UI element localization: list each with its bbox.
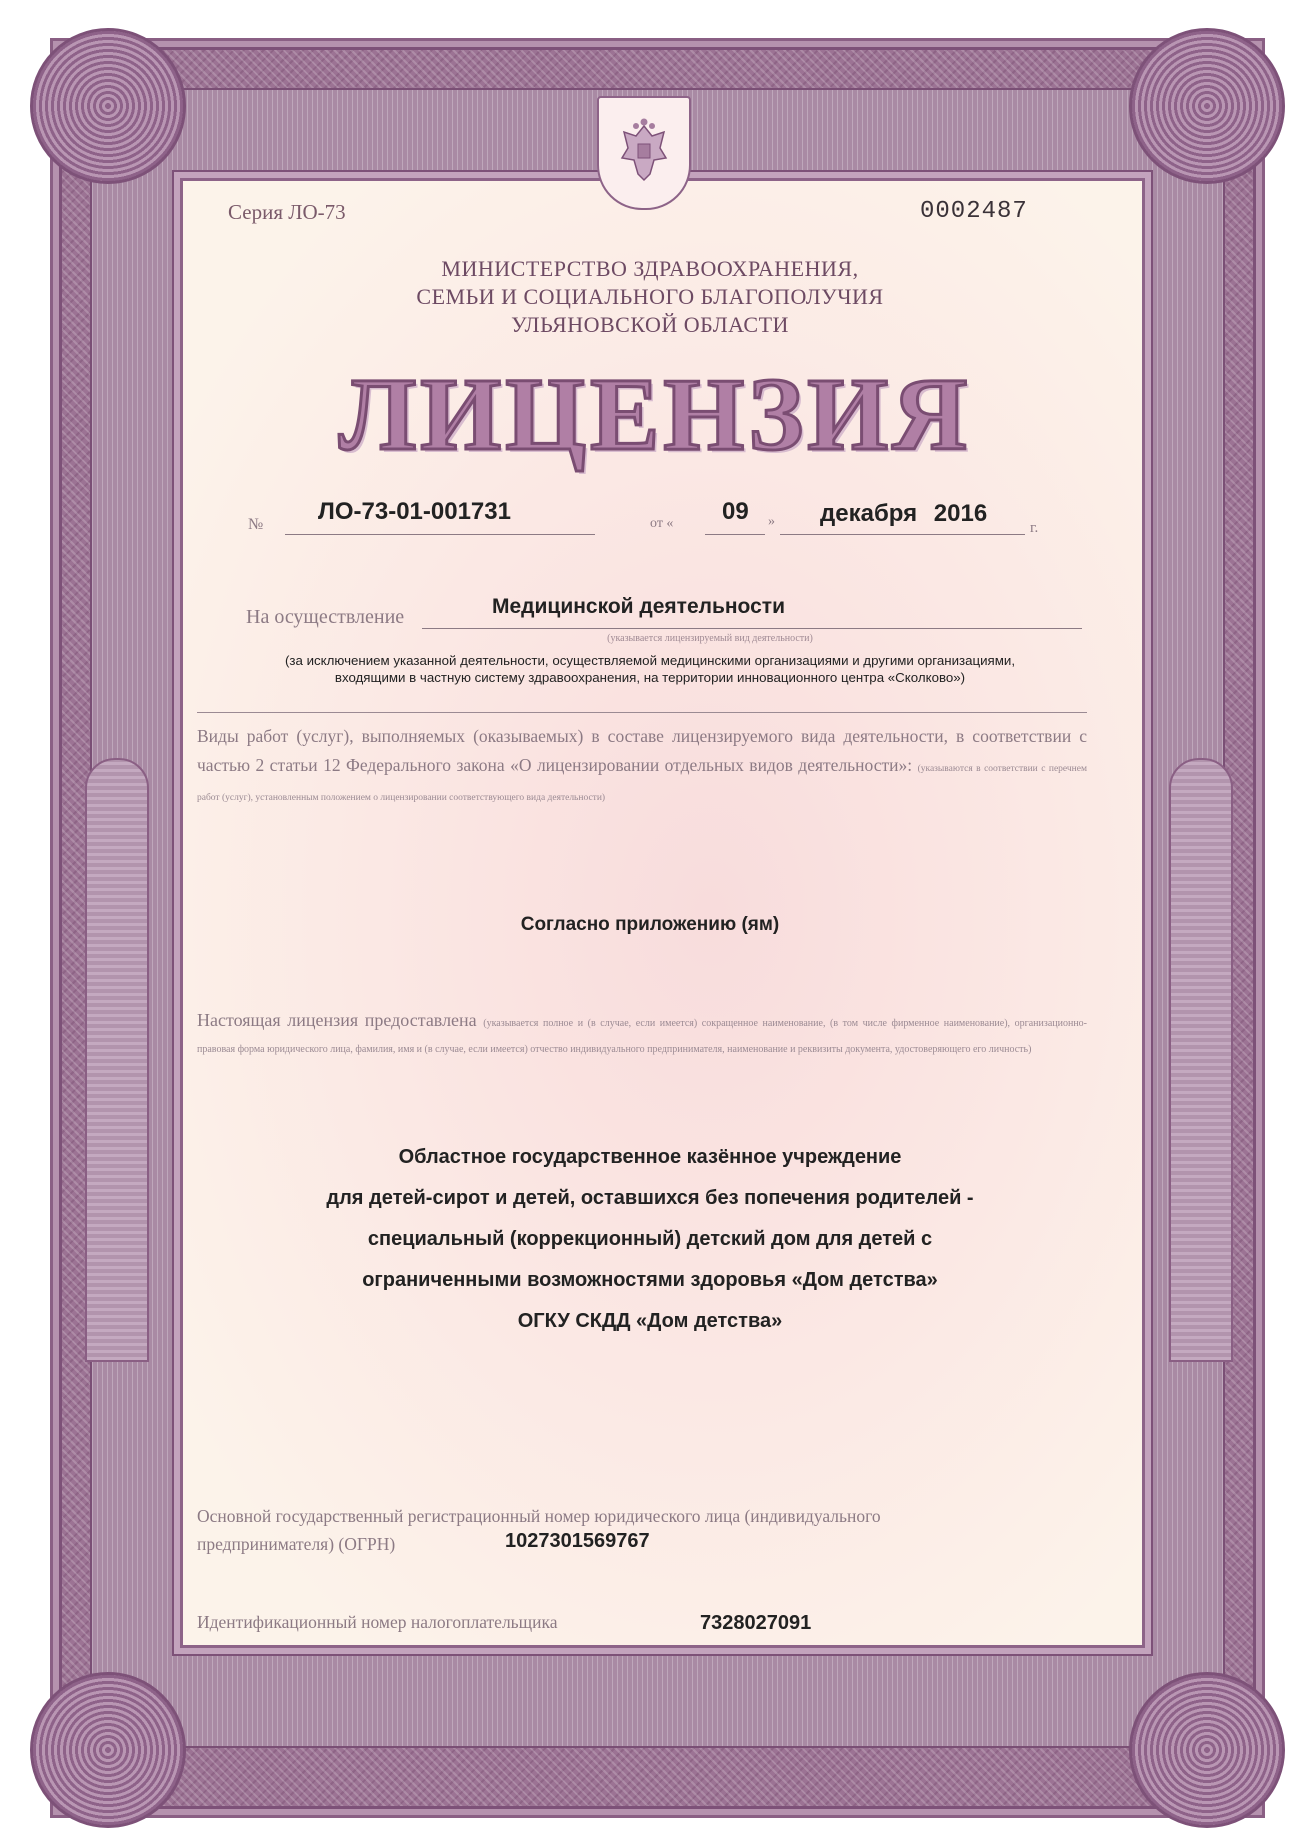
document-title: ЛИЦЕНЗИЯ <box>300 355 1010 474</box>
ministry-line: МИНИСТЕРСТВО ЗДРАВООХРАНЕНИЯ, <box>300 255 1000 283</box>
activity-value: Медицинской деятельности <box>492 595 785 619</box>
license-number: ЛО-73-01-001731 <box>318 498 511 526</box>
works-value: Согласно приложению (ям) <box>300 914 1000 936</box>
activity-exclusion: (за исключением указанной деятельности, … <box>180 652 1120 686</box>
side-guilloche-panel <box>85 758 149 1362</box>
grantee-name-line: Областное государственное казённое учреж… <box>200 1137 1100 1178</box>
grantee-name-line: специальный (коррекционный) детский дом … <box>200 1219 1100 1260</box>
date-quote-close: » <box>768 514 775 530</box>
ogrn-label-line: Основной государственный регистрационный… <box>197 1502 1097 1530</box>
inn-value: 7328027091 <box>700 1612 811 1635</box>
issue-day: 09 <box>722 498 749 526</box>
number-underline <box>285 534 595 535</box>
corner-rosette-icon <box>1129 28 1285 184</box>
number-label: № <box>248 516 263 534</box>
date-prefix: от « <box>650 516 673 532</box>
activity-hint: (указывается лицензируемый вид деятельно… <box>420 633 1000 644</box>
activity-underline <box>422 628 1082 629</box>
issue-month-year: декабря 2016 <box>820 500 987 528</box>
grantee-name-line: для детей-сирот и детей, оставшихся без … <box>200 1178 1100 1219</box>
side-guilloche-panel <box>1169 758 1233 1362</box>
grantee-description: Настоящая лицензия предоставлена (указыв… <box>197 1008 1087 1060</box>
corner-rosette-icon <box>30 28 186 184</box>
day-underline <box>705 534 765 535</box>
activity-label: На осуществление <box>246 606 404 629</box>
coat-of-arms-icon <box>597 96 691 210</box>
grantee-name-line: ограниченными возможностями здоровья «До… <box>200 1260 1100 1301</box>
exclusion-line: входящими в частную систему здравоохране… <box>180 669 1120 686</box>
works-description: Виды работ (услуг), выполняемых (оказыва… <box>197 722 1087 809</box>
series-label: Серия ЛО-73 <box>228 200 346 225</box>
corner-rosette-icon <box>1129 1672 1285 1828</box>
grantee-name-line: ОГКУ СКДД «Дом детства» <box>200 1301 1100 1342</box>
issuing-authority: МИНИСТЕРСТВО ЗДРАВООХРАНЕНИЯ, СЕМЬИ И СО… <box>300 255 1000 339</box>
month-underline <box>780 534 1025 535</box>
grantee-name: Областное государственное казённое учреж… <box>200 1137 1100 1342</box>
ogrn-value: 1027301569767 <box>505 1530 650 1553</box>
corner-rosette-icon <box>30 1672 186 1828</box>
serial-number: 0002487 <box>920 198 1028 225</box>
year-suffix: г. <box>1030 520 1038 537</box>
inn-label: Идентификационный номер налогоплательщик… <box>197 1612 558 1633</box>
ministry-line: СЕМЬИ И СОЦИАЛЬНОГО БЛАГОПОЛУЧИЯ <box>300 283 1000 311</box>
ministry-line: УЛЬЯНОВСКОЙ ОБЛАСТИ <box>300 311 1000 339</box>
grantee-label: Настоящая лицензия предоставлена <box>197 1010 477 1030</box>
section-divider <box>197 712 1087 713</box>
exclusion-line: (за исключением указанной деятельности, … <box>180 652 1120 669</box>
